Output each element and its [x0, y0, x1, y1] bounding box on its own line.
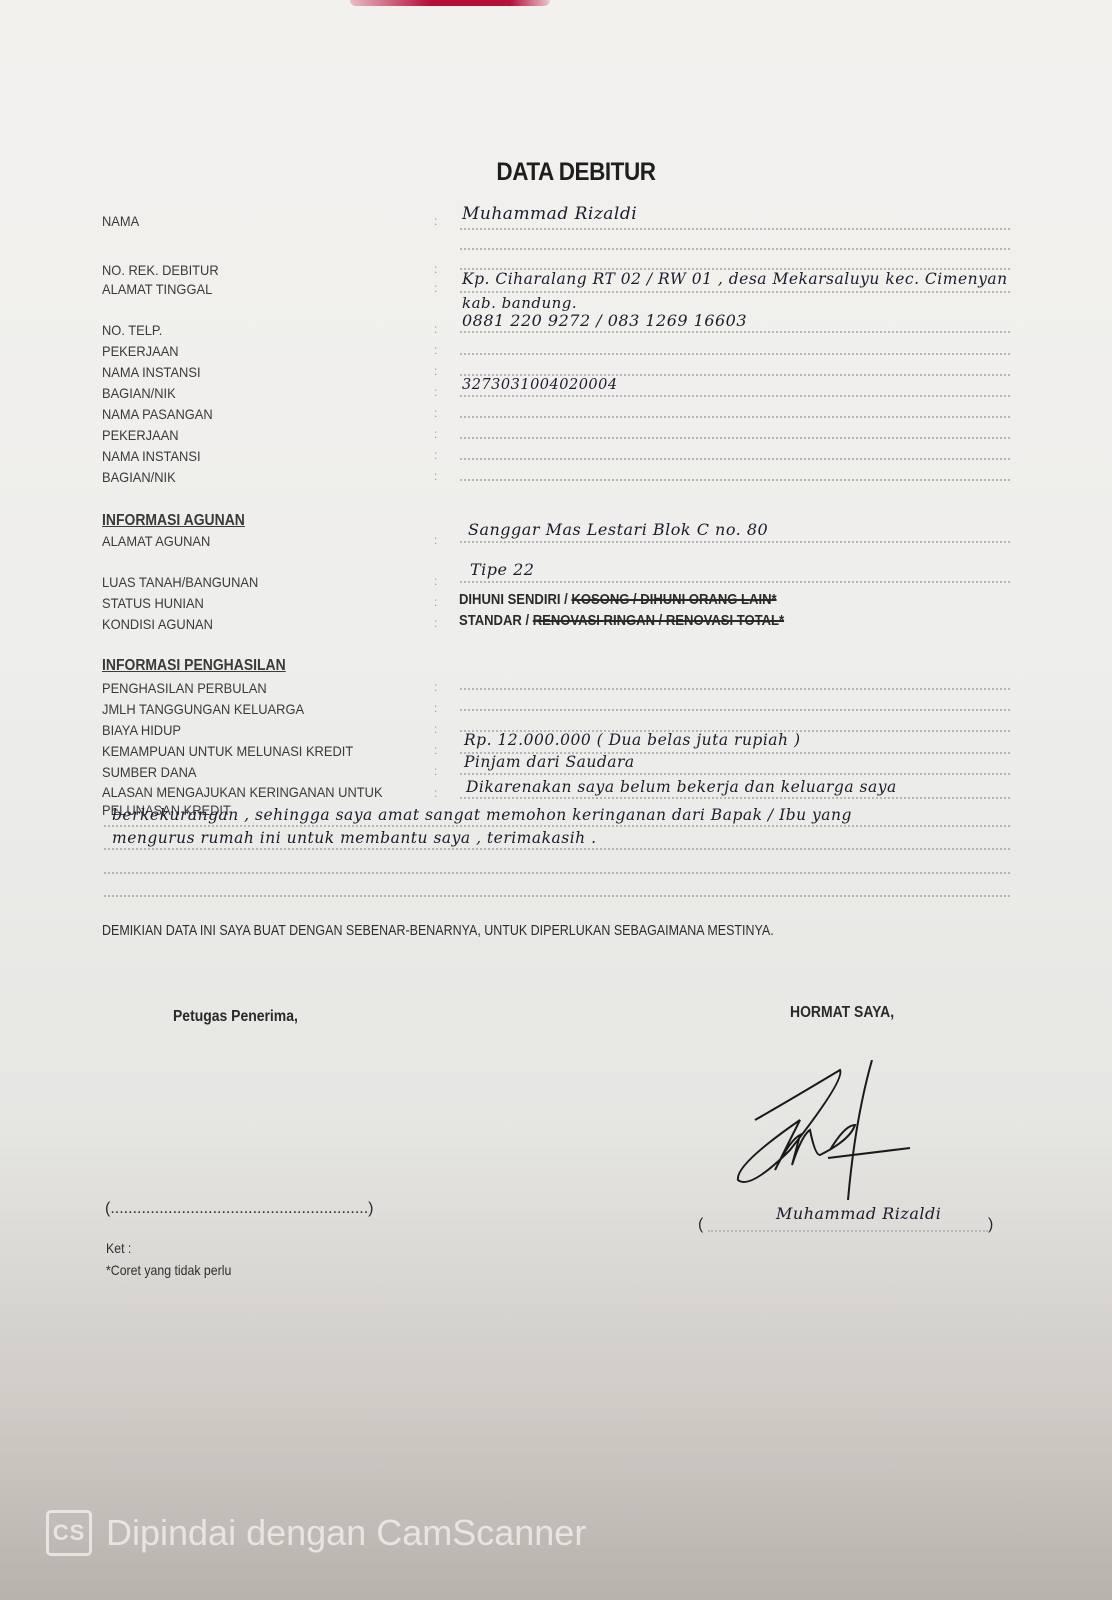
- dotted-line: [460, 797, 1010, 799]
- field-label-bagian-nik: BAGIAN/NIK: [102, 385, 176, 401]
- dotted-line: [460, 395, 1010, 397]
- dotted-line: [460, 709, 1010, 711]
- dotted-line: [460, 688, 1010, 690]
- left-signature-heading: Petugas Penerima,: [173, 1008, 298, 1026]
- colon: :: [434, 469, 437, 483]
- field-value-kemampuan: Rp. 12.000.000 ( Dua belas juta rupiah ): [464, 731, 801, 749]
- colon: :: [434, 764, 437, 778]
- field-value-telp: 0881 220 9272 / 083 1269 16603: [462, 311, 747, 330]
- colon: :: [434, 448, 437, 462]
- colon: :: [434, 722, 437, 736]
- dotted-line: [460, 331, 1010, 333]
- field-label-biaya-hidup: BIAYA HIDUP: [102, 722, 181, 738]
- field-label-instansi-pasangan: NAMA INSTANSI: [102, 448, 201, 464]
- dotted-line: [460, 773, 1010, 775]
- field-label-alamat: ALAMAT TINGGAL: [102, 281, 212, 297]
- colon: :: [434, 786, 437, 800]
- status-hunian-options: DIHUNI SENDIRI / KOSONG / DIHUNI ORANG L…: [459, 592, 777, 608]
- field-label-status-hunian: STATUS HUNIAN: [102, 595, 204, 611]
- option-selected: DIHUNI SENDIRI: [459, 592, 561, 608]
- dotted-line: [460, 416, 1010, 418]
- field-value-alamat: Kp. Ciharalang RT 02 / RW 01 , desa Meka…: [462, 270, 1008, 288]
- colon: :: [434, 385, 437, 399]
- dotted-line: [460, 374, 1010, 376]
- colon: :: [434, 281, 437, 295]
- field-label-no-rek: NO. REK. DEBITUR: [102, 262, 219, 278]
- dotted-line: [460, 458, 1010, 460]
- dotted-line: [460, 581, 1010, 583]
- field-label-pekerjaan: PEKERJAAN: [102, 343, 179, 359]
- section-heading-agunan: INFORMASI AGUNAN: [102, 512, 245, 530]
- dotted-line: [104, 825, 1010, 827]
- field-label-penghasilan: PENGHASILAN PERBULAN: [102, 680, 267, 696]
- field-value-sumber-dana: Pinjam dari Saudara: [464, 753, 635, 771]
- watermark-text: Dipindai dengan CamScanner: [106, 1512, 586, 1554]
- note-text: *Coret yang tidak perlu: [106, 1262, 231, 1278]
- field-value-alasan: Dikarenakan saya belum bekerja dan kelua…: [466, 778, 897, 796]
- option-separator: /: [561, 592, 572, 608]
- right-signature-heading: HORMAT SAYA,: [790, 1004, 894, 1022]
- colon: :: [434, 616, 437, 630]
- colon: :: [434, 427, 437, 441]
- right-signature-open: (: [698, 1216, 703, 1234]
- dotted-line: [460, 541, 1010, 543]
- field-label-pekerjaan-pasangan: PEKERJAAN: [102, 427, 179, 443]
- field-value-bagian-nik: 3273031004020004: [462, 377, 618, 393]
- field-label-nik-pasangan: BAGIAN/NIK: [102, 469, 176, 485]
- colon: :: [434, 343, 437, 357]
- dotted-line: [460, 291, 1010, 293]
- kondisi-agunan-options: STANDAR / RENOVASI RINGAN / RENOVASI TOT…: [459, 613, 784, 629]
- field-value-alamat-agunan: Sanggar Mas Lestari Blok C no. 80: [468, 520, 768, 539]
- field-label-nama-instansi: NAMA INSTANSI: [102, 364, 201, 380]
- camscanner-logo-icon: CS: [46, 1510, 92, 1556]
- field-label-telp: NO. TELP.: [102, 322, 162, 338]
- field-label-tanggungan: JMLH TANGGUNGAN KELUARGA: [102, 701, 304, 717]
- left-signature-line: (.......................................…: [105, 1200, 373, 1218]
- dotted-line: [104, 895, 1010, 897]
- colon: :: [434, 743, 437, 757]
- dotted-line: [460, 437, 1010, 439]
- colon: :: [434, 364, 437, 378]
- colon: :: [434, 214, 437, 228]
- field-label-alamat-agunan: ALAMAT AGUNAN: [102, 533, 210, 549]
- dotted-line: [708, 1230, 988, 1232]
- dotted-line: [460, 228, 1010, 230]
- declaration-statement: DEMIKIAN DATA INI SAYA BUAT DENGAN SEBEN…: [102, 923, 774, 939]
- colon: :: [434, 701, 437, 715]
- colon: :: [434, 595, 437, 609]
- field-value-alasan-line3: mengurus rumah ini untuk membantu saya ,…: [112, 829, 597, 847]
- document-title: DATA DEBITUR: [58, 158, 1095, 187]
- note-label: Ket :: [106, 1240, 131, 1256]
- colon: :: [434, 262, 437, 276]
- colon: :: [434, 680, 437, 694]
- field-label-nama: NAMA: [102, 213, 139, 229]
- dotted-line: [104, 848, 1010, 850]
- handwritten-signature: [730, 1060, 950, 1200]
- dotted-line: [460, 479, 1010, 481]
- option-selected: STANDAR: [459, 613, 522, 629]
- field-label-kondisi-agunan: KONDISI AGUNAN: [102, 616, 213, 632]
- option-struck: KOSONG / DIHUNI ORANG LAIN*: [571, 592, 776, 608]
- field-value-nama: Muhammad Rizaldi: [462, 204, 637, 224]
- field-value-luas: Tipe 22: [470, 560, 534, 579]
- dotted-line: [104, 872, 1010, 874]
- option-separator: /: [522, 613, 533, 629]
- section-heading-penghasilan: INFORMASI PENGHASILAN: [102, 657, 286, 675]
- colon: :: [434, 533, 437, 547]
- dotted-line: [460, 248, 1010, 250]
- colon: :: [434, 406, 437, 420]
- camscanner-watermark: CS Dipindai dengan CamScanner: [46, 1510, 586, 1556]
- field-label-nama-pasangan: NAMA PASANGAN: [102, 406, 213, 422]
- colon: :: [434, 322, 437, 336]
- red-binder-clip: [350, 0, 550, 6]
- colon: :: [434, 574, 437, 588]
- right-signature-close: ): [988, 1216, 993, 1234]
- option-struck: RENOVASI RINGAN / RENOVASI TOTAL*: [533, 613, 784, 629]
- field-label-kemampuan: KEMAMPUAN UNTUK MELUNASI KREDIT: [102, 743, 353, 759]
- field-label-luas: LUAS TANAH/BANGUNAN: [102, 574, 258, 590]
- field-value-alamat-line2: kab. bandung.: [462, 294, 577, 312]
- field-value-alasan-line2: berkekurangan , sehingga saya amat sanga…: [112, 806, 852, 824]
- field-label-alasan: ALASAN MENGAJUKAN KERINGANAN UNTUK: [102, 784, 383, 800]
- field-label-sumber-dana: SUMBER DANA: [102, 764, 196, 780]
- right-signature-name: Muhammad Rizaldi: [776, 1204, 941, 1223]
- dotted-line: [460, 353, 1010, 355]
